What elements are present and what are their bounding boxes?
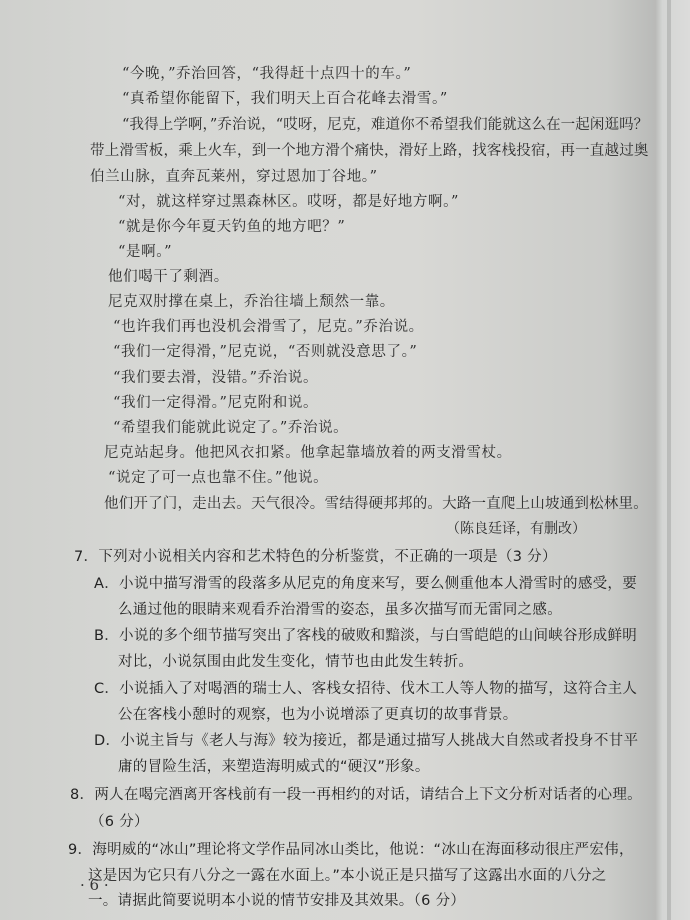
passage-line: 伯兰山脉，直奔瓦莱州，穿过恩加丁谷地。” [90,165,378,186]
translator-credit: （陈良廷译，有删改） [446,518,586,538]
passage-line: 尼克双肘撑在桌上，乔治往墙上颓然一靠。 [108,290,395,311]
question-8-stem: 8．两人在喝完酒离开客栈前有一段一再相约的对话，请结合上下文分析对话者的心理。 [70,783,642,804]
passage-line: 他们开了门，走出去。天气很冷。雪结得硬邦邦的。大路一直爬上山坡通到松林里。 [104,492,648,513]
passage-line: “我们一定得滑，”尼克说，“否则就没意思了。” [113,340,417,361]
passage-line: 尼克站起身。他把风衣扣紧。他拿起靠墙放着的两支滑雪杖。 [104,441,512,462]
passage-line: “对，就这样穿过黑森林区。哎呀，都是好地方啊。” [118,190,459,211]
page-number: · 6 · [80,876,109,894]
passage-line: “我得上学啊，”乔治说，“哎呀，尼克，难道你不希望我们能就这么在一起闲逛吗？ [122,113,648,134]
passage-line: “也许我们再也没机会滑雪了，尼克。”乔治说。 [113,315,424,336]
question-7-option-d-cont: 庸的冒险生活，来塑造海明威式的“硬汉”形象。 [118,755,430,776]
passage-line: 他们喝干了剩酒。 [108,265,229,286]
page-fold-shadow [667,0,671,920]
question-8-points: （6 分） [90,810,149,831]
passage-line: 带上滑雪板，乘上火车，到一个地方滑个痛快，滑好上路，找客栈投宿，再一直越过奥 [90,139,649,160]
question-7-option-b-cont: 对比，小说氛围由此发生变化，情节也由此发生转折。 [118,650,473,671]
question-7-option-a-cont: 么通过他的眼睛来观看乔治滑雪的姿态，虽多次描写而无雷同之感。 [118,598,562,619]
question-7-option-c-cont: 公在客栈小憩时的观察，也为小说增添了更真切的故事背景。 [118,703,518,724]
passage-line: “说定了可一点也靠不住。”他说。 [108,466,328,487]
question-9-stem-cont: 一。请据此简要说明本小说的情节安排及其效果。（6 分） [88,889,465,910]
exam-page: “今晚，”乔治回答，“我得赶十点四十的车。” “真希望你能留下，我们明天上百合花… [0,0,690,920]
passage-line: “就是你今年夏天钓鱼的地方吧？” [118,215,345,236]
passage-line: “我们要去滑，没错。”乔治说。 [113,366,318,387]
passage-line: “是啊。” [118,240,172,261]
passage-line: “真希望你能留下，我们明天上百合花峰去滑雪。” [122,87,448,108]
question-7-option-c: C．小说插入了对喝酒的瑞士人、客栈女招待、伐木工人等人物的描写，这符合主人 [94,677,637,698]
question-9-stem: 9．海明威的“冰山”理论将文学作品同冰山类比，他说：“冰山在海面移动很庄严宏伟， [68,838,634,859]
question-7-option-b: B．小说的多个细节描写突出了客栈的破败和黯淡，与白雪皑皑的山间峡谷形成鲜明 [94,624,637,645]
passage-line: “我们一定得滑。”尼克附和说。 [113,391,318,412]
question-9-stem-cont: 这是因为它只有八分之一露在水面上。”本小说正是只描写了这露出水面的八分之 [88,864,607,885]
passage-line: “今晚，”乔治回答，“我得赶十点四十的车。” [122,62,411,83]
question-7-option-a: A．小说中描写滑雪的段落多从尼克的角度来写，要么侧重他本人滑雪时的感受，要 [94,572,637,593]
passage-line: “希望我们能就此说定了。”乔治说。 [113,416,348,437]
question-7-option-d: D．小说主旨与《老人与海》较为接近，都是通过描写人挑战大自然或者投身不甘平 [94,729,638,750]
question-7-stem: 7．下列对小说相关内容和艺术特色的分析鉴赏，不正确的一项是（3 分） [74,545,557,566]
